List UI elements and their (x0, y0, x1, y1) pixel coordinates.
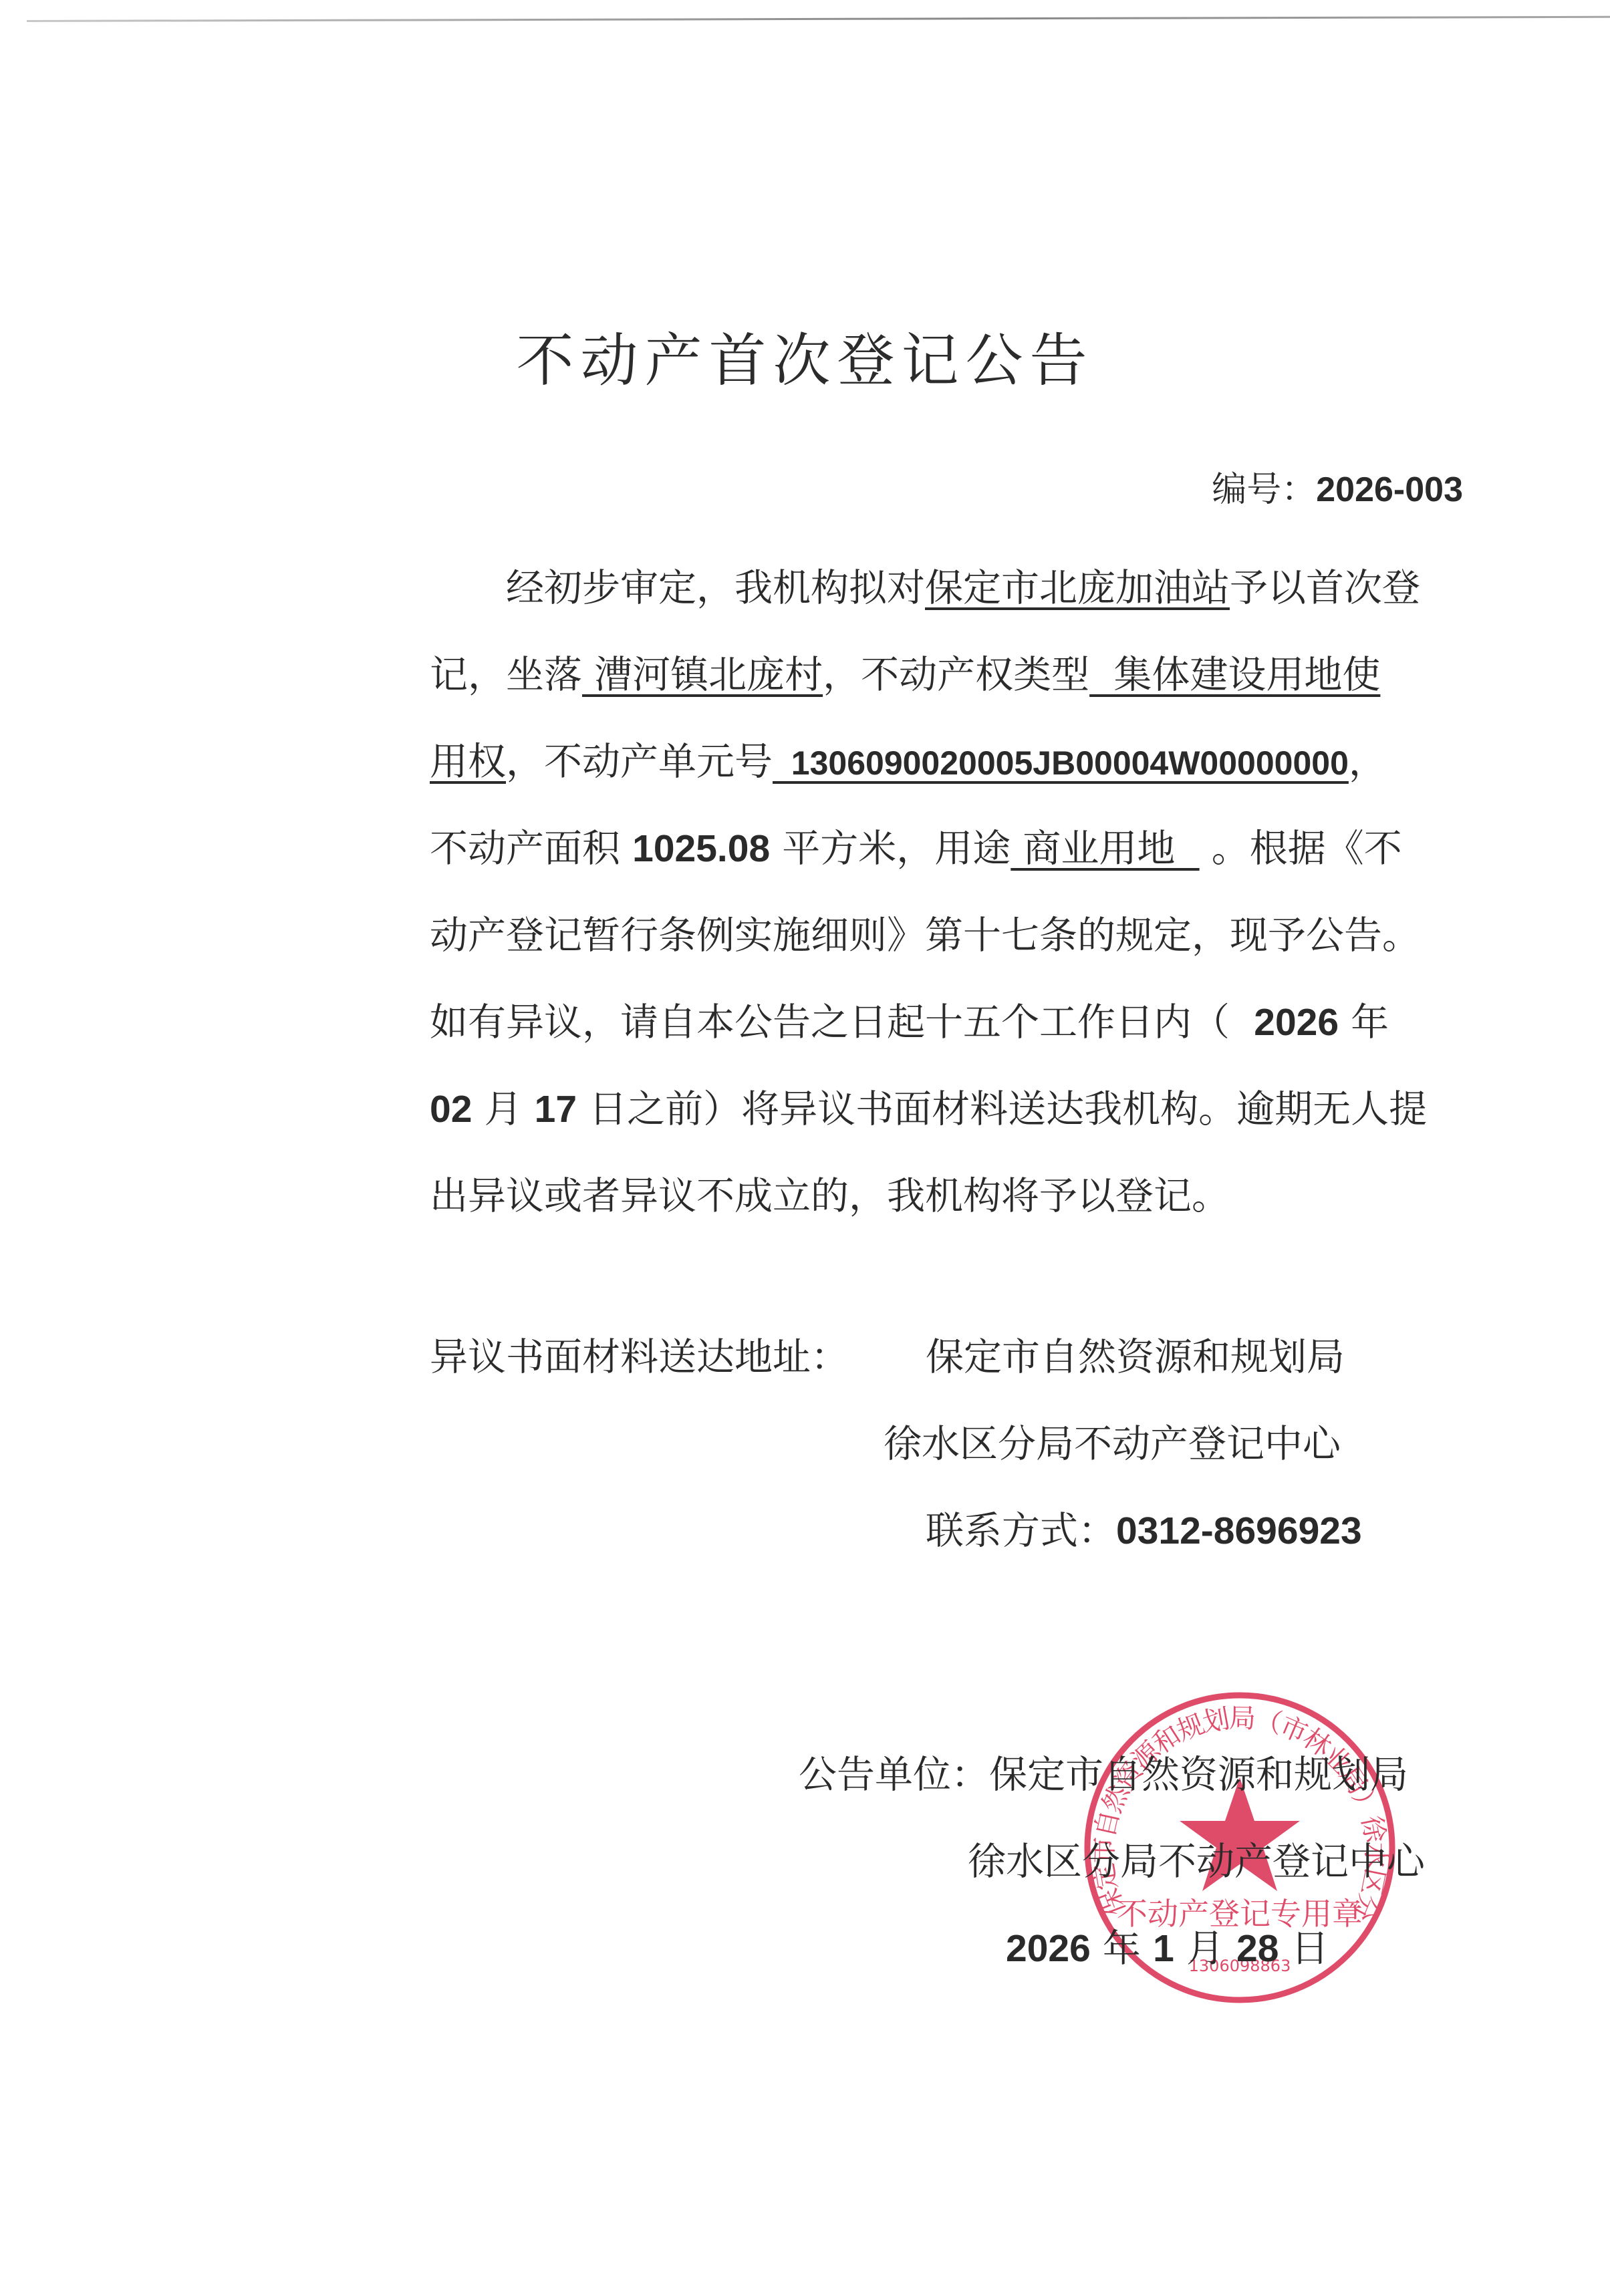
deadline-day: 17 (535, 1088, 577, 1131)
text: 经初步审定，我机构拟对 (506, 566, 925, 610)
body-line-5: 动产登记暂行条例实施细则》第十七条的规定，现予公告。 (430, 892, 1499, 979)
issue-date-day: 28 (1236, 1927, 1279, 1970)
text: 予以首次登 (1230, 566, 1420, 610)
deadline-month: 02 (430, 1088, 472, 1131)
objection-address-label: 异议书面材料送达地址： (430, 1326, 849, 1381)
issuer-name-line1: 保定市自然资源和规划局 (989, 1753, 1408, 1797)
scan-edge-line (27, 16, 1610, 22)
notice-number: 编号：2026-003 (1212, 461, 1463, 511)
body-line-8: 出异议或者异议不成立的，我机构将予以登记。 (430, 1153, 1499, 1240)
text: 年 (1091, 1926, 1153, 1971)
objection-address-line2: 徐水区分局不动产登记中心 (884, 1413, 1341, 1468)
objection-address-line1: 保定市自然资源和规划局 (926, 1326, 1345, 1381)
text: 。根据《不 (1200, 827, 1402, 871)
issuer-name-line2: 徐水区分局不动产登记中心 (968, 1831, 1425, 1886)
right-type-part2: 用权 (430, 740, 506, 784)
text: 不动产面积 (430, 827, 632, 871)
text: 年 (1339, 1000, 1389, 1044)
issuer-line1: 公告单位：保定市自然资源和规划局 (799, 1744, 1408, 1799)
text: ，不动产权类型 (823, 653, 1089, 697)
unit-number: 1306090020005JB00004W00000000 (773, 744, 1349, 782)
text: 日之前）将异议书面材料送达我机构。逾期无人提 (577, 1087, 1427, 1131)
text: 平方米，用途 (770, 827, 1011, 871)
notice-number-label: 编号： (1212, 470, 1316, 510)
notice-body: 经初步审定，我机构拟对保定市北庞加油站予以首次登 记，坐落 漕河镇北庞村，不动产… (430, 545, 1499, 1240)
deadline-year: 2026 (1254, 1001, 1339, 1044)
issue-date-year: 2026 (1006, 1927, 1091, 1970)
right-type-part1: 集体建设用地使 (1089, 653, 1380, 697)
text: ， (1349, 740, 1387, 784)
text: 月 (1174, 1926, 1236, 1971)
body-line-7: 02 月 17 日之前）将异议书面材料送达我机构。逾期无人提 (430, 1066, 1499, 1153)
text: 如有异议，请自本公告之日起十五个工作日内（ (430, 1000, 1254, 1044)
property-location: 漕河镇北庞村 (582, 653, 823, 697)
body-line-6: 如有异议，请自本公告之日起十五个工作日内（ 2026 年 (430, 979, 1499, 1066)
issuer-label: 公告单位： (799, 1753, 989, 1797)
text: 日 (1279, 1926, 1329, 1971)
body-line-1: 经初步审定，我机构拟对保定市北庞加油站予以首次登 (430, 545, 1499, 631)
property-usage: 商业用地 (1011, 827, 1199, 871)
contact-phone: 0312-8696923 (1116, 1510, 1362, 1552)
notice-number-value: 2026-003 (1316, 470, 1463, 509)
issue-date: 2026 年 1 月 28 日 (1006, 1918, 1329, 1973)
contact-label: 联系方式： (926, 1509, 1116, 1553)
applicant-name: 保定市北庞加油站 (925, 566, 1230, 610)
property-area: 1025.08 (632, 827, 770, 870)
text: 记，坐落 (430, 653, 582, 697)
contact-info: 联系方式：0312-8696923 (926, 1500, 1362, 1555)
issue-date-month: 1 (1153, 1927, 1174, 1970)
body-line-4: 不动产面积 1025.08 平方米，用途 商业用地 。根据《不 (430, 805, 1499, 892)
body-line-3: 用权，不动产单元号 1306090020005JB00004W00000000， (430, 718, 1499, 805)
body-line-2: 记，坐落 漕河镇北庞村，不动产权类型 集体建设用地使 (430, 631, 1499, 718)
text: ，不动产单元号 (506, 740, 773, 784)
text: 月 (472, 1087, 534, 1131)
page-title: 不动产首次登记公告 (0, 314, 1610, 397)
